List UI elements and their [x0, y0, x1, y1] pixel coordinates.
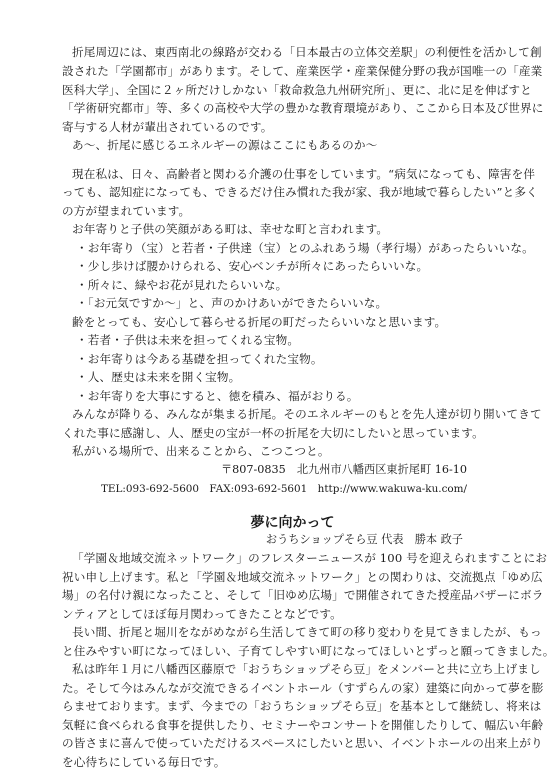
paragraph-line: の方が望まれています。: [62, 203, 190, 219]
treasure-item: ・人、歴史は未来を開く宝物。: [76, 369, 240, 385]
paragraph-line: 場」の名付け親になったこと、そして「旧ゆめ広場」で開催されてきた授産品バザーにボ…: [62, 587, 544, 603]
paragraph-line: 私は昨年１月に八幡西区藤原で「おうちショップそら豆」をメンバーと共に立ち上げまし: [72, 661, 541, 677]
paragraph-line: 寄与する人材が輩出されているのです。: [62, 119, 272, 135]
paragraph-line: 現在私は、日々、高齢者と関わる介護の仕事をしています。“病気になっても、障害を伴: [72, 166, 535, 182]
wish-item: ・「お元気ですか～」と、声のかけあいができたらいいな。: [76, 295, 387, 311]
wish-item: ・お年寄り（宝）と若者・子供達（宝）とのふれあう場（孝行場）があったらいいな。: [76, 240, 534, 256]
paragraph-line: 設された「学園都市」があります。そして、産業医学・産業保健分野の我が国唯一の「産…: [62, 63, 542, 79]
paragraph-line: 祝い申し上げます。私と「学園＆地域交流ネットワーク」との関わりは、交流拠点「ゆめ…: [62, 569, 543, 585]
treasure-item: ・お年寄りを大事にすると、徳を積み、福がおりる。: [76, 388, 359, 404]
paragraph-line: 「学園＆地域交流ネットワーク」のフレスターニュースが 100 号を迎えられますこ…: [72, 550, 547, 566]
paragraph-line: ンティアとしてほぼ毎月関わってきたことなどです。: [62, 606, 342, 622]
treasure-item: ・お年寄りは今ある基礎を担ってくれた宝物。: [76, 351, 323, 367]
paragraph-line: を心待ちにしている毎日です。: [62, 754, 226, 770]
paragraph-line: 折尾周辺には、東西南北の線路が交わる「日本最古の立体交差駅」の利便性を活かして創: [72, 44, 542, 60]
author-byline: おうちショップそら豆 代表 勝本 政子: [266, 532, 463, 548]
wish-item: ・少し歩けば腰かけられる、安心ベンチが所々にあったらいいな。: [76, 258, 428, 274]
contact-info: TEL:093-692-5600 FAX:093-692-5601 http:/…: [101, 481, 467, 497]
paragraph-line: と住みやすい町になってほしい、子育てしやすい町になってほしいとずっと願ってきまし…: [62, 643, 555, 659]
paragraph-line: の皆さまに喜んで使っていただけるスペースにしたいと思い、イベントホールの出来上が…: [62, 735, 543, 751]
paragraph-line: 長い間、折尾と堀川をながめながら生活してきて町の移り変わりを見てきましたが、もっ: [72, 624, 542, 640]
address: 〒807-0835 北九州市八幡西区東折尾町 16-10: [221, 462, 467, 478]
paragraph-line: 「学術研究都市」等、多くの高校や大学の豊かな教育環境があり、ここから日本及び世界…: [62, 100, 544, 116]
paragraph-line: お年寄りと子供の笑顔がある町は、幸せな町と言われます。: [72, 221, 388, 237]
paragraph-line: みんなが降りる、みんなが集まる折尾。そのエネルギーのもとを先人達が切り開いてきて: [72, 406, 542, 422]
paragraph-line: くれた事に感謝し、人、歴史の宝が一杯の折尾を大切にしたいと思っています。: [62, 425, 484, 441]
exclamation-line: あ～、折尾に感じるエネルギーの源はここにもあるのか～: [72, 137, 377, 153]
treasure-item: ・若者・子供は未来を担ってくれる宝物。: [76, 332, 299, 348]
paragraph-line: らませております。まず、今までの「おうちショップそら豆」を基本として継続し、将来…: [62, 698, 541, 714]
paragraph-line: っても、認知症になっても、できるだけ住み慣れた我が家、我が地域で暮らしたい”と多…: [62, 184, 538, 200]
paragraph-line: 齢をとっても、安心して暮らせる折尾の町だったらいいなと思います。: [72, 314, 446, 330]
paragraph-line: 私がいる場所で、出来ることから、こつこつと。: [72, 443, 330, 459]
document-page: 折尾周辺には、東西南北の線路が交わる「日本最古の立体交差駅」の利便性を活かして創…: [0, 0, 555, 784]
wish-item: ・所々に、緑やお花が見れたらいいな。: [76, 277, 287, 293]
paragraph-line: 医科大学」、全国に２ヶ所だけしかない「救命救急九州研究所」、更に、北に足を伸ばす…: [62, 82, 532, 98]
paragraph-line: た。そして今はみんなが交流できるイベントホール（すずらんの家）建築に向かって夢を…: [62, 680, 543, 696]
article-title: 夢に向かって: [0, 514, 555, 532]
paragraph-line: 気軽に食べられる食事を提供したり、セミナーやコンサートを開催したりして、幅広い年…: [62, 717, 543, 733]
